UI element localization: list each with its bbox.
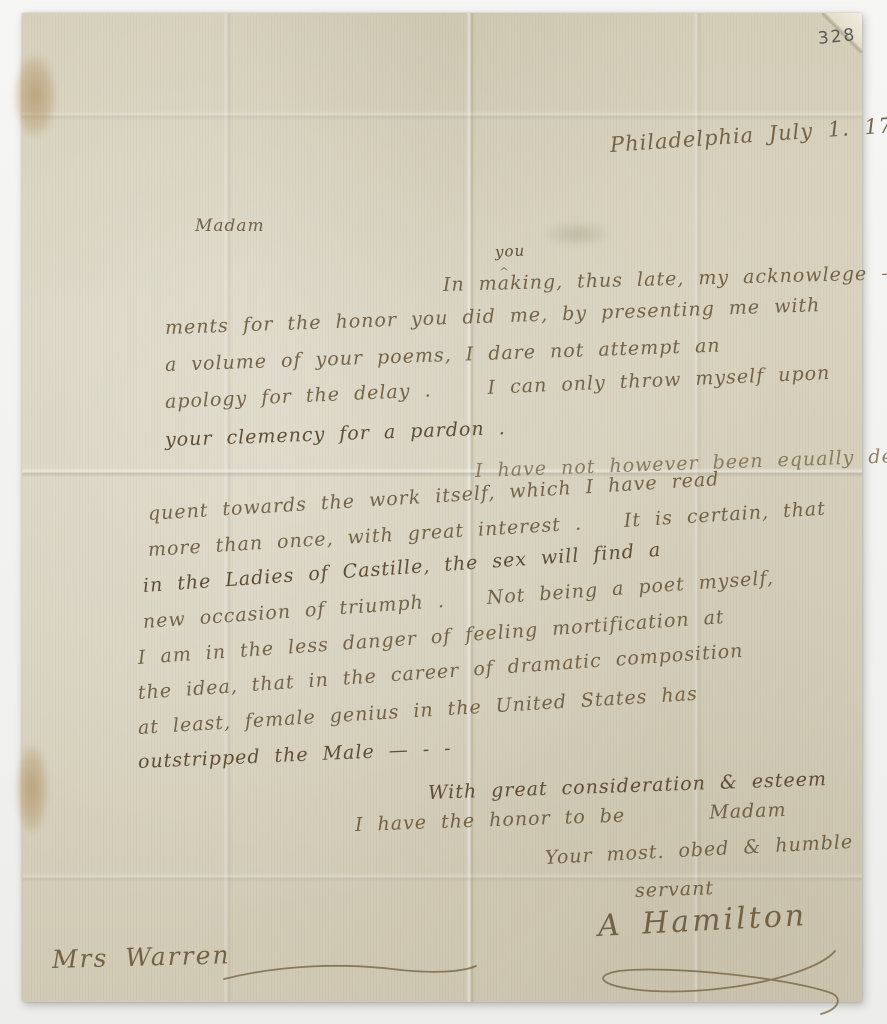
fold-crease-horizontal-top: [22, 111, 862, 120]
closing-line: servant: [635, 877, 715, 902]
page-number: 328: [817, 25, 857, 49]
ink-stain-top-left: [14, 55, 56, 137]
addressee: Mrs Warren: [52, 940, 231, 974]
signature: A Hamilton: [597, 898, 808, 944]
insertion-word: you: [495, 241, 526, 261]
addressee-flourish: [220, 957, 480, 987]
letter-line: your clemency for a pardon .: [165, 417, 506, 451]
salutation: Madam: [195, 216, 265, 236]
ink-stain-bottom-left: [16, 745, 48, 833]
closing-line: I have the honor to be Madam: [355, 799, 787, 836]
letter-paper: 328 Philadelphia July 1. 1791 Madam you …: [22, 13, 862, 1002]
scanned-letter: 328 Philadelphia July 1. 1791 Madam you …: [0, 0, 887, 1024]
letter-line: outstripped the Male — - -: [138, 737, 453, 773]
bleed-through-smudge: [542, 221, 612, 247]
fold-crease-vertical-center: [466, 13, 475, 1002]
signature-flourish: [577, 945, 862, 1017]
letter-line: ments for the honor you did me, by prese…: [165, 294, 821, 339]
fold-crease-horizontal-bottom: [22, 873, 862, 882]
